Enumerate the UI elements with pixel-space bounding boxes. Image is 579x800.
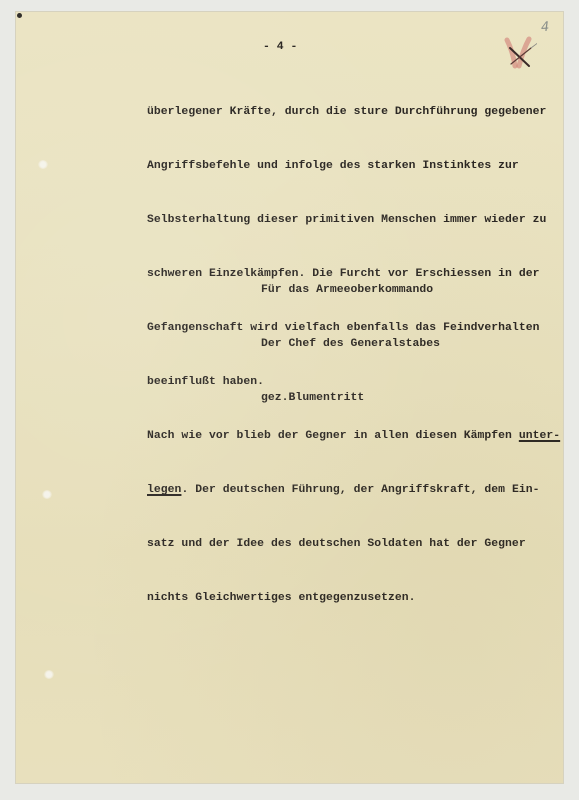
signature-name: gez.Blumentritt <box>261 389 440 407</box>
text-line: Angriffsbefehle und infolge des starken … <box>147 157 560 175</box>
folio-number: 4 <box>540 20 549 36</box>
text-line: überlegener Kräfte, durch die sture Durc… <box>147 103 560 121</box>
underlined-word: unter- <box>519 430 560 442</box>
punch-hole <box>42 490 52 499</box>
punch-hole <box>38 160 48 169</box>
text-line: nichts Gleichwertiges entgegenzusetzen. <box>147 589 560 607</box>
ink-spot <box>17 13 22 18</box>
signature-office: Für das Armeeoberkommando <box>261 281 440 299</box>
signature-block: Für das Armeeoberkommando Der Chef des G… <box>261 245 440 443</box>
signature-title: Der Chef des Generalstabes <box>261 335 440 353</box>
text-line: satz und der Idee des deutschen Soldaten… <box>147 535 560 553</box>
page-number: - 4 - <box>263 38 297 56</box>
text-segment: . Der deutschen Führung, der Angriffskra… <box>181 484 539 496</box>
document-page: 4 - 4 - überlegener Kräfte, durch die st… <box>16 12 563 783</box>
punch-hole <box>44 670 54 679</box>
text-line: Selbsterhaltung dieser primitiven Mensch… <box>147 211 560 229</box>
underlined-word: legen <box>147 484 181 496</box>
text-line: legen. Der deutschen Führung, der Angrif… <box>147 481 560 499</box>
red-cross-mark-icon <box>501 36 537 70</box>
